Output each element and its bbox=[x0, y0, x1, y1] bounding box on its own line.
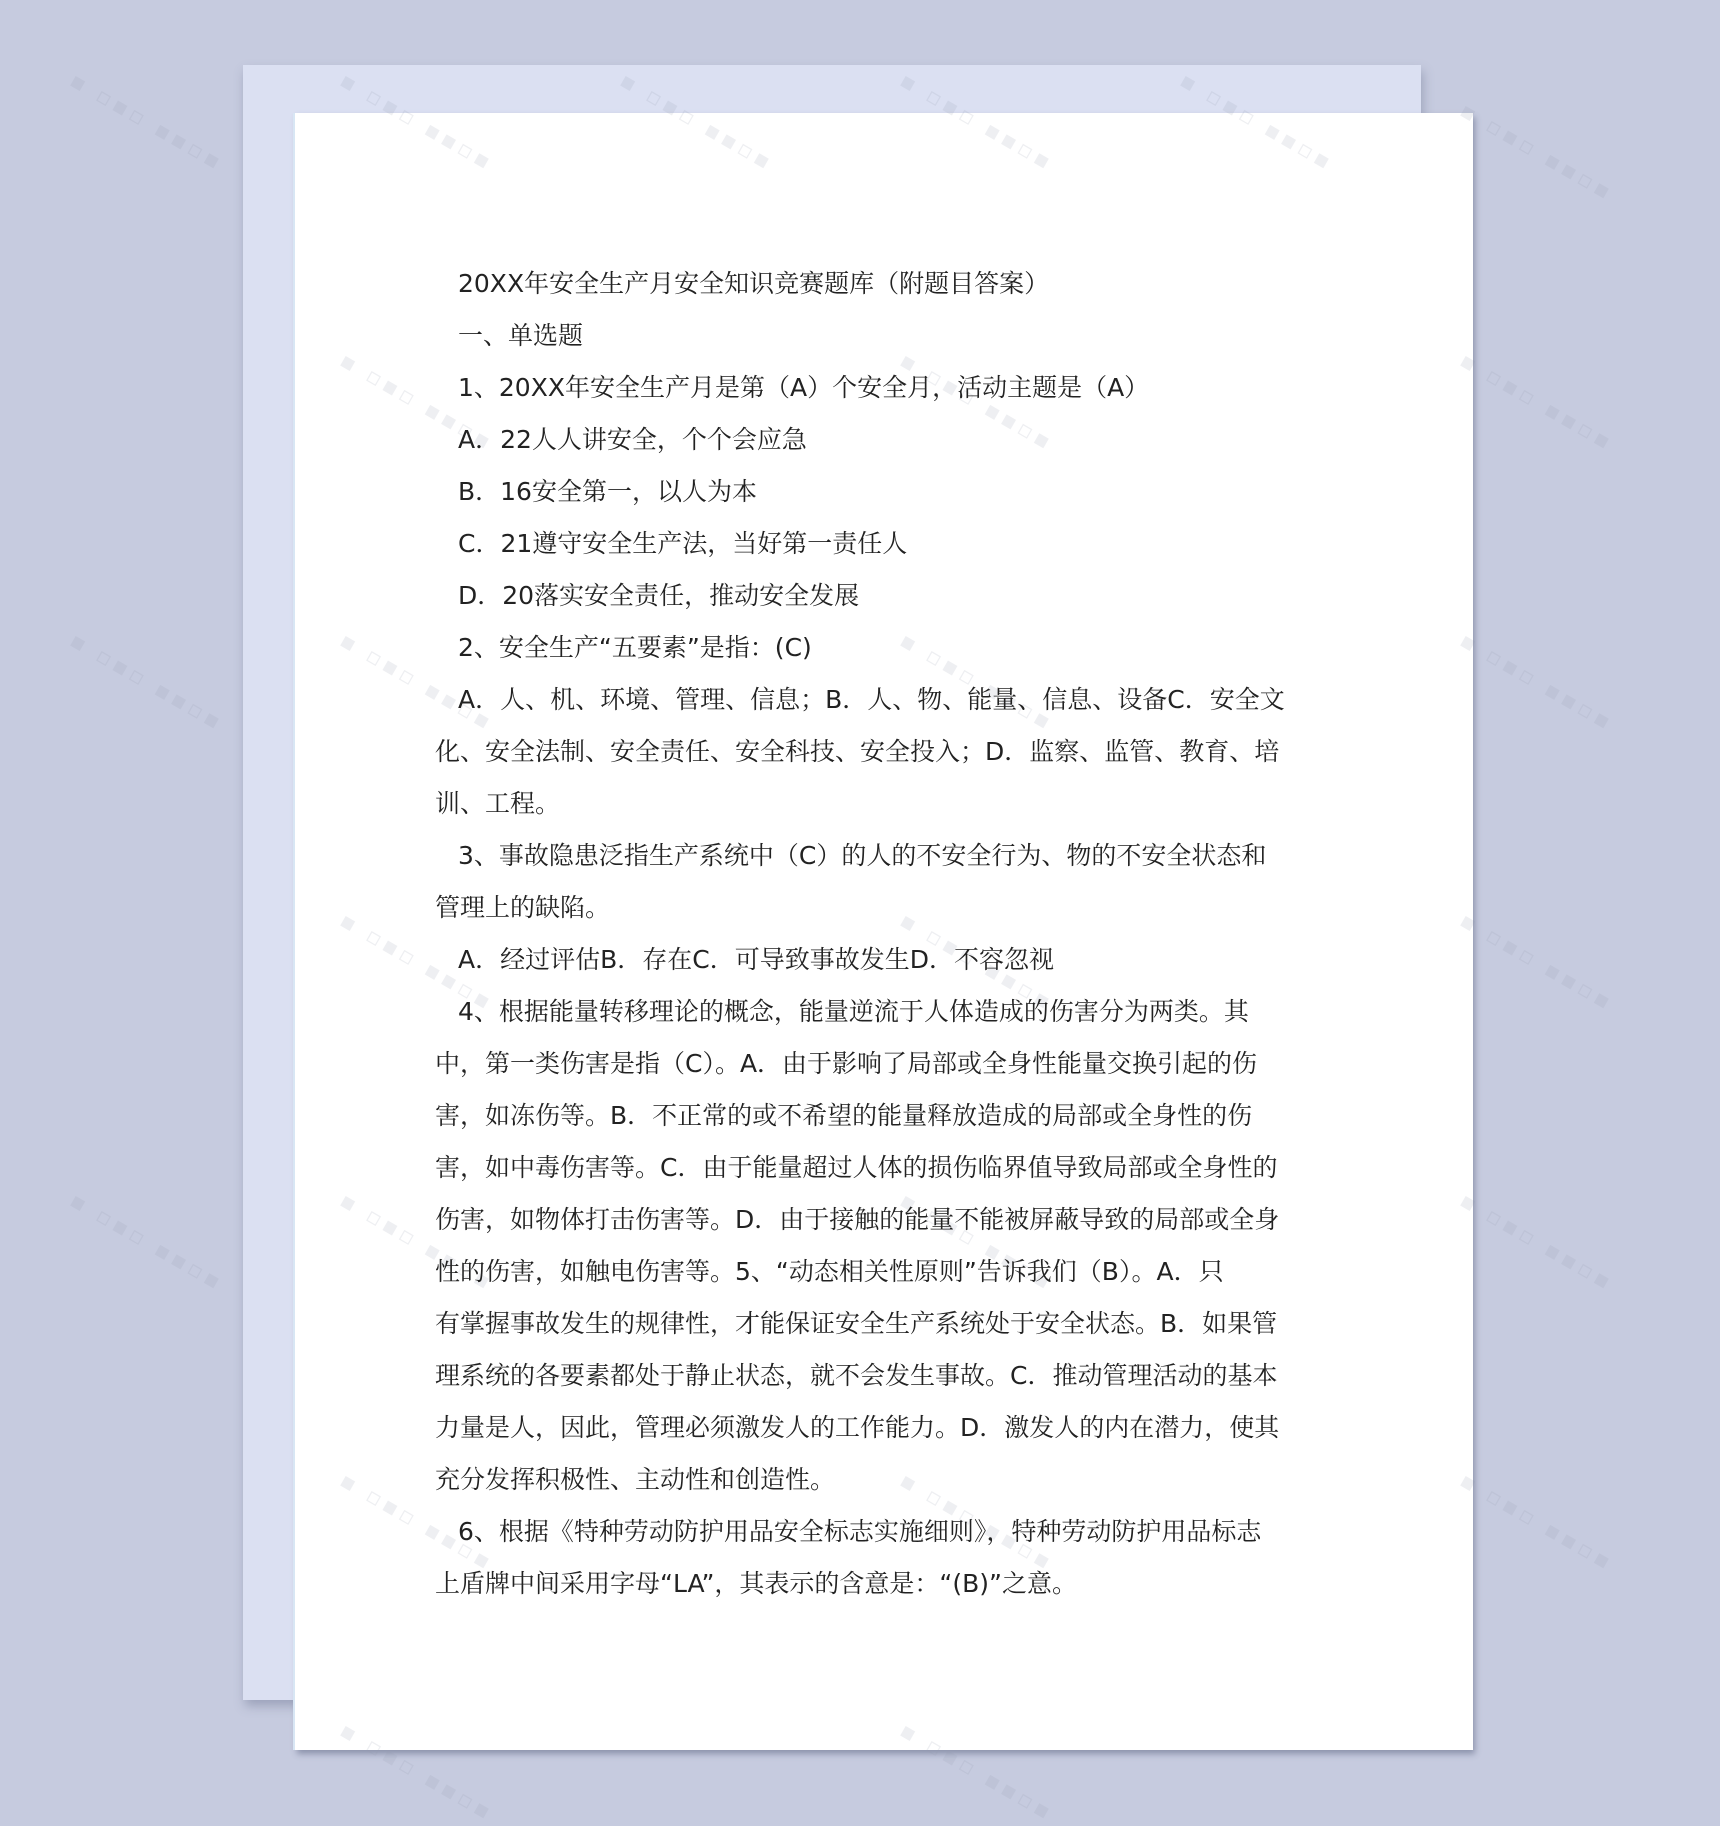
question-4-line: 害，如冻伤等。B．不正常的或不希望的能量释放造成的局部或全身性的伤 bbox=[435, 1090, 1355, 1142]
watermark: ▪ ▫▪▫ ▪▪▫▪ bbox=[1455, 348, 1618, 456]
question-5-line: 理系统的各要素都处于静止状态，就不会发生事故。C．推动管理活动的基本 bbox=[435, 1350, 1355, 1402]
watermark: ▪ ▫▪▫ ▪▪▫▪ bbox=[1455, 98, 1618, 206]
question-4-line: 害，如中毒伤害等。C．由于能量超过人体的损伤临界值导致局部或全身性的 bbox=[435, 1142, 1355, 1194]
question-1-option-d: D．20落实安全责任，推动安全发展 bbox=[435, 570, 1355, 622]
question-2-options-line: 训、工程。 bbox=[435, 778, 1355, 830]
watermark: ▪ ▫▪▫ ▪▪▫▪ bbox=[1455, 1188, 1618, 1296]
question-3-options: A．经过评估B．存在C．可导致事故发生D．不容忽视 bbox=[435, 934, 1355, 986]
watermark: ▪ ▫▪▫ ▪▪▫▪ bbox=[65, 628, 228, 736]
question-4-line: 伤害，如物体打击伤害等。D．由于接触的能量不能被屏蔽导致的局部或全身 bbox=[435, 1194, 1355, 1246]
question-5-line: 力量是人，因此，管理必须激发人的工作能力。D．激发人的内在潜力，使其 bbox=[435, 1402, 1355, 1454]
question-5-line: 有掌握事故发生的规律性，才能保证安全生产系统处于安全状态。B．如果管 bbox=[435, 1298, 1355, 1350]
question-2-options-line: A．人、机、环境、管理、信息；B．人、物、能量、信息、设备C．安全文 bbox=[435, 674, 1355, 726]
question-5-line: 性的伤害，如触电伤害等。5、“动态相关性原则”告诉我们（B）。A．只 bbox=[435, 1246, 1355, 1298]
section-heading: 一、单选题 bbox=[435, 310, 1355, 362]
question-6-line: 上盾牌中间采用字母“LA”，其表示的含意是：“(B)”之意。 bbox=[435, 1558, 1355, 1610]
watermark: ▪ ▫▪▫ ▪▪▫▪ bbox=[65, 1188, 228, 1296]
watermark: ▪ ▫▪▫ ▪▪▫▪ bbox=[1455, 908, 1618, 1016]
watermark: ▪ ▫▪▫ ▪▪▫▪ bbox=[65, 68, 228, 176]
question-4: 4、根据能量转移理论的概念，能量逆流于人体造成的伤害分为两类。其 bbox=[435, 986, 1355, 1038]
question-1-option-b: B．16安全第一，以人为本 bbox=[435, 466, 1355, 518]
watermark: ▪ ▫▪▫ ▪▪▫▪ bbox=[1455, 628, 1618, 736]
question-1: 1、20XX年安全生产月是第（A）个安全月，活动主题是（A） bbox=[435, 362, 1355, 414]
question-1-option-c: C．21遵守安全生产法，当好第一责任人 bbox=[435, 518, 1355, 570]
question-5-line: 充分发挥积极性、主动性和创造性。 bbox=[435, 1454, 1355, 1506]
question-6: 6、根据《特种劳动防护用品安全标志实施细则》，特种劳动防护用品标志 bbox=[435, 1506, 1355, 1558]
question-2-options-line: 化、安全法制、安全责任、安全科技、安全投入；D．监察、监管、教育、培 bbox=[435, 726, 1355, 778]
question-3: 3、事故隐患泛指生产系统中（C）的人的不安全行为、物的不安全状态和 bbox=[435, 830, 1355, 882]
question-3-line: 管理上的缺陷。 bbox=[435, 882, 1355, 934]
document-body: 20XX年安全生产月安全知识竞赛题库（附题目答案） 一、单选题 1、20XX年安… bbox=[435, 258, 1355, 1610]
document-title: 20XX年安全生产月安全知识竞赛题库（附题目答案） bbox=[435, 258, 1355, 310]
watermark: ▪ ▫▪▫ ▪▪▫▪ bbox=[1455, 1468, 1618, 1576]
question-2: 2、安全生产“五要素”是指：(C) bbox=[435, 622, 1355, 674]
question-1-option-a: A．22人人讲安全，个个会应急 bbox=[435, 414, 1355, 466]
question-4-line: 中，第一类伤害是指（C）。A．由于影响了局部或全身性能量交换引起的伤 bbox=[435, 1038, 1355, 1090]
